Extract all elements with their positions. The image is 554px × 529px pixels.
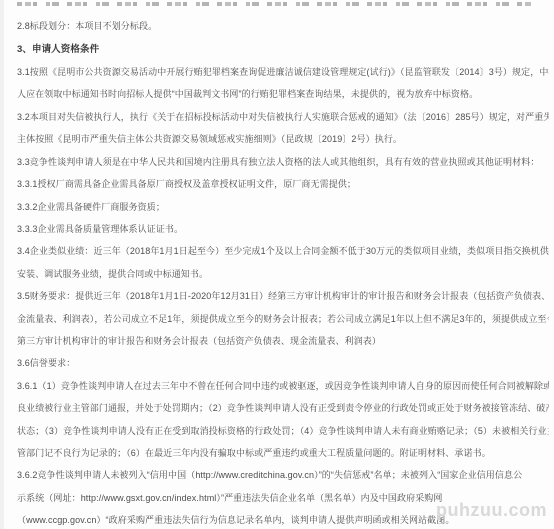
- doc-line-3-4b: 安装、调试服务业绩，提供合同或中标通知书。: [17, 268, 549, 281]
- doc-line-3-3-1: 3.3.1授权厂商需具备企业需具备原厂商授权及盖章授权证明文件，原厂商无需提供；: [17, 178, 549, 191]
- doc-line-3-4a: 3.4企业类似业绩：近三年（2018年1月1日起至今）至少完成1个及以上合同金额…: [17, 245, 549, 258]
- section-heading-3: 3、申请人资格条件: [17, 43, 549, 56]
- doc-line-3-6-1c: 状态；（3）竞争性谈判申请人没有正在受到取消投标资格的行政处罚；（4）竞争性谈判…: [17, 425, 549, 438]
- doc-line-3-6-2a: 3.6.2竞争性谈判申请人未被列入“信用中国（http://www.credit…: [17, 469, 549, 482]
- doc-line-2-8: 2.8标段划分：本项目不划分标段。: [17, 20, 549, 33]
- doc-line-3-1a: 3.1按照《昆明市公共资源交易活动中开展行贿犯罪档案查询促进廉洁诚信建设管理规定…: [17, 66, 549, 79]
- document-page: 2.8标段划分：本项目不划分标段。 3、申请人资格条件 3.1按照《昆明市公共资…: [0, 0, 554, 529]
- doc-line-3-3: 3.3竞争性谈判申请人须是在中华人民共和国境内注册具有独立法人资格的法人或其他组…: [17, 156, 549, 169]
- doc-line-3-3-2: 3.3.2企业需具备硬件厂商服务资质；: [17, 201, 549, 214]
- doc-line-3-5a: 3.5财务要求：提供近三年（2018年1月1日-2020年12月31日）经第三方…: [17, 290, 549, 303]
- doc-line-3-1b: 人应在领取中标通知书时向招标人提供“中国裁判文书网”的行贿犯罪档案查询结果，未提…: [17, 88, 549, 101]
- doc-line-3-6: 3.6信誉要求：: [17, 357, 549, 370]
- doc-line-3-5b: 金流量表、利润表），若公司成立不足1年，须提供成立至今的财务会计报表；若公司成立…: [17, 313, 549, 326]
- page-left-edge: [0, 0, 4, 529]
- doc-line-3-6-1b: 良业绩被行业主管部门通报，并处于处罚期内；（2）竞争性谈判申请人没有正受到责令停…: [17, 402, 549, 415]
- clipped-text-line: [17, 2, 533, 6]
- doc-line-3-2b: 主体按照《昆明市严重失信主体公共资源交易领域惩戒实施细则》（昆政规〔2019〕2…: [17, 133, 549, 146]
- doc-line-3-6-1a: 3.6.1（1）竞争性谈判申请人在过去三年中不曾在任何合同中违约或被驱逐，或因竞…: [17, 380, 549, 393]
- doc-line-3-2a: 3.2本项目对失信被执行人，执行《关于在招标投标活动中对失信被执行人实施联合惩戒…: [17, 111, 549, 124]
- site-watermark: puhzuu.com: [436, 500, 547, 521]
- doc-line-3-3-3: 3.3.3企业需具备质量管理体系认证证书。: [17, 223, 549, 236]
- doc-line-3-6-1d: 管部门记不良行为记录的；（6）在最近三年内没有骗取中标或严重违约或重大工程质量问…: [17, 447, 549, 460]
- doc-line-3-5c: 第三方审计机构审计的审计报告和财务会计报表（包括资产负债表、现金流量表、利润表）: [17, 335, 549, 348]
